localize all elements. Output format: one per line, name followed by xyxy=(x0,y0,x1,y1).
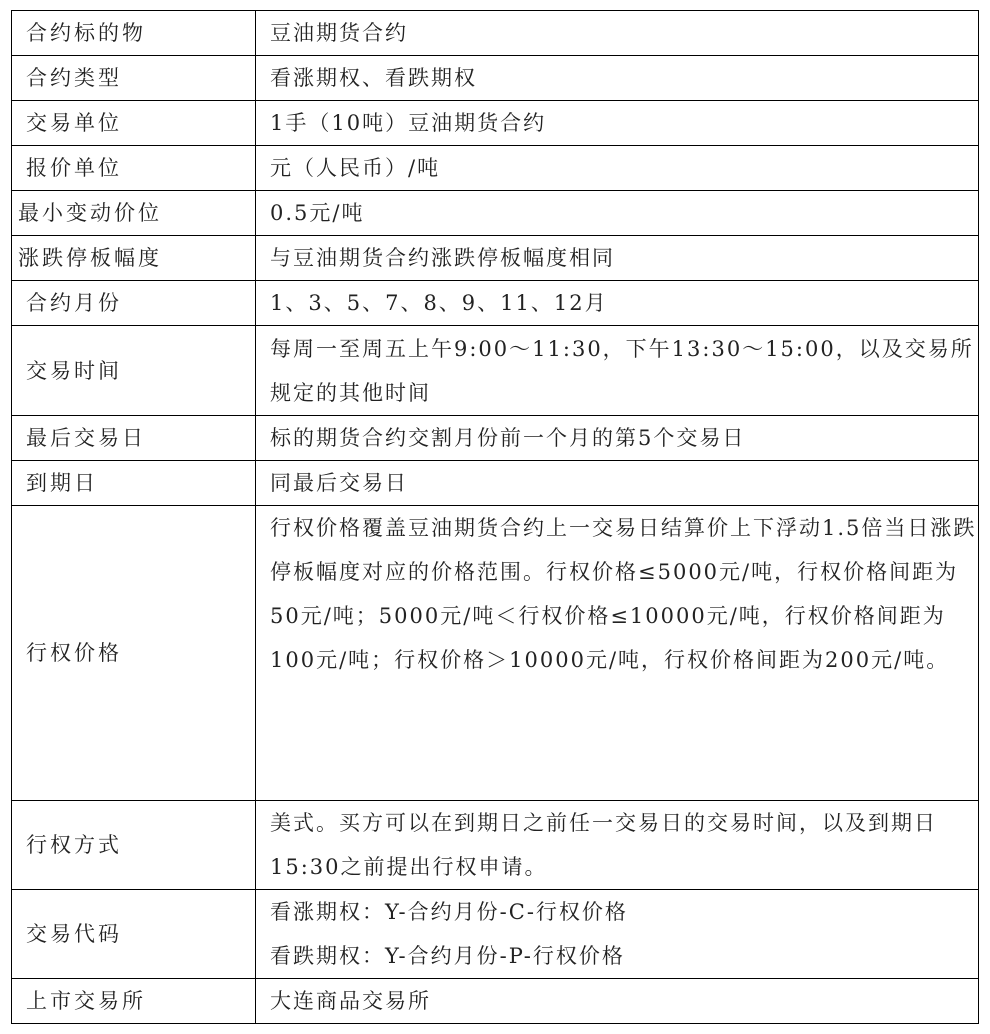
row-value: 行权价格覆盖豆油期货合约上一交易日结算价上下浮动1.5倍当日涨跌停板幅度对应的价… xyxy=(256,506,979,801)
row-value: 同最后交易日 xyxy=(256,461,979,506)
put-option-code: 看跌期权：Y-合约月份-P-行权价格 xyxy=(270,934,978,978)
table-row: 合约类型 看涨期权、看跌期权 xyxy=(12,56,979,101)
table-row: 最小变动价位 0.5元/吨 xyxy=(12,191,979,236)
row-value: 1手（10吨）豆油期货合约 xyxy=(256,101,979,146)
row-label: 合约类型 xyxy=(12,56,256,101)
row-label: 报价单位 xyxy=(12,146,256,191)
table-row: 行权方式 美式。买方可以在到期日之前任一交易日的交易时间，以及到期日15:30之… xyxy=(12,801,979,890)
row-value: 0.5元/吨 xyxy=(256,191,979,236)
row-value: 看涨期权、看跌期权 xyxy=(256,56,979,101)
row-label: 交易时间 xyxy=(12,326,256,416)
row-value: 与豆油期货合约涨跌停板幅度相同 xyxy=(256,236,979,281)
row-label: 上市交易所 xyxy=(12,979,256,1024)
row-label: 涨跌停板幅度 xyxy=(12,236,256,281)
table-row: 上市交易所 大连商品交易所 xyxy=(12,979,979,1024)
table-row: 报价单位 元（人民币）/吨 xyxy=(12,146,979,191)
row-value: 大连商品交易所 xyxy=(256,979,979,1024)
table-row: 最后交易日 标的期货合约交割月份前一个月的第5个交易日 xyxy=(12,416,979,461)
row-label: 到期日 xyxy=(12,461,256,506)
table-row: 交易单位 1手（10吨）豆油期货合约 xyxy=(12,101,979,146)
row-value: 美式。买方可以在到期日之前任一交易日的交易时间，以及到期日15:30之前提出行权… xyxy=(256,801,979,890)
row-value: 豆油期货合约 xyxy=(256,11,979,56)
table-row: 涨跌停板幅度 与豆油期货合约涨跌停板幅度相同 xyxy=(12,236,979,281)
table-row: 行权价格 行权价格覆盖豆油期货合约上一交易日结算价上下浮动1.5倍当日涨跌停板幅… xyxy=(12,506,979,801)
table-row: 合约标的物 豆油期货合约 xyxy=(12,11,979,56)
row-value: 1、3、5、7、8、9、11、12月 xyxy=(256,281,979,326)
row-value: 每周一至周五上午9:00～11:30，下午13:30～15:00，以及交易所规定… xyxy=(256,326,979,416)
row-label: 行权价格 xyxy=(12,506,256,801)
row-label: 最小变动价位 xyxy=(12,191,256,236)
contract-spec-table: 合约标的物 豆油期货合约 合约类型 看涨期权、看跌期权 交易单位 1手（10吨）… xyxy=(11,10,979,1024)
row-label: 行权方式 xyxy=(12,801,256,890)
row-value: 标的期货合约交割月份前一个月的第5个交易日 xyxy=(256,416,979,461)
row-value: 看涨期权：Y-合约月份-C-行权价格 看跌期权：Y-合约月份-P-行权价格 xyxy=(256,890,979,979)
table-row: 合约月份 1、3、5、7、8、9、11、12月 xyxy=(12,281,979,326)
row-value: 元（人民币）/吨 xyxy=(256,146,979,191)
row-label: 合约标的物 xyxy=(12,11,256,56)
table-row: 交易时间 每周一至周五上午9:00～11:30，下午13:30～15:00，以及… xyxy=(12,326,979,416)
call-option-code: 看涨期权：Y-合约月份-C-行权价格 xyxy=(270,890,978,934)
row-label: 最后交易日 xyxy=(12,416,256,461)
row-label: 合约月份 xyxy=(12,281,256,326)
table-row: 交易代码 看涨期权：Y-合约月份-C-行权价格 看跌期权：Y-合约月份-P-行权… xyxy=(12,890,979,979)
row-label: 交易单位 xyxy=(12,101,256,146)
table-row: 到期日 同最后交易日 xyxy=(12,461,979,506)
row-label: 交易代码 xyxy=(12,890,256,979)
